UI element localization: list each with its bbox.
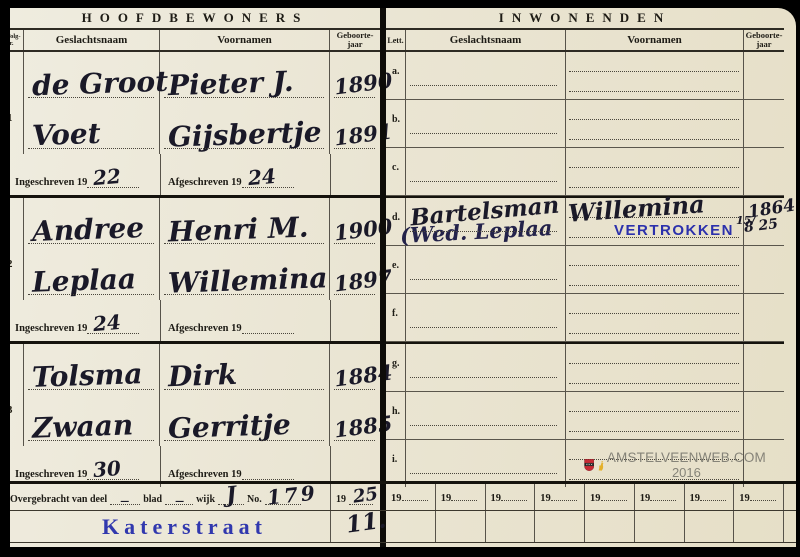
hoofdbewoners-header-row: Volg- nr. Geslachtsnaam Voornamen Geboor… bbox=[10, 30, 380, 52]
row-letter: b. bbox=[386, 100, 406, 147]
resident-surname: Leplaa bbox=[31, 262, 136, 299]
no-field: 179 bbox=[265, 494, 301, 505]
registration-strip: Ingeschreven 19 22 Afgeschreven 19 24 bbox=[10, 154, 380, 195]
amstelveen-shield-icon: ✕✕✕ bbox=[584, 450, 594, 480]
resident-surname: Andree bbox=[31, 211, 144, 248]
ingeschreven-label: Ingeschreven 19 bbox=[15, 469, 87, 480]
year-column-cell bbox=[585, 511, 635, 542]
resident-row: Voet Gijsbertje 1891 bbox=[10, 103, 380, 154]
footer-band: Overgebracht van deel — blad — wijk J No… bbox=[10, 484, 796, 510]
row-letter: h. bbox=[386, 392, 406, 439]
lodger-row-d: d. Bartelsman (Wed. Leplaa Willemina VER… bbox=[386, 196, 784, 246]
svg-text:✕✕✕: ✕✕✕ bbox=[586, 463, 594, 467]
lodger-row-f: f. bbox=[386, 294, 784, 342]
year-column-cell bbox=[635, 511, 685, 542]
ingeschreven-label: Ingeschreven 19 bbox=[15, 177, 87, 188]
hoofdbewoners-title: HOOFDBEWONERS bbox=[10, 8, 380, 30]
resident-firstnames: Gijsbertje bbox=[167, 115, 322, 153]
dotted-line bbox=[601, 490, 627, 501]
grid-line bbox=[330, 300, 331, 341]
year-column-cell bbox=[436, 511, 486, 542]
no-value: 179 bbox=[266, 480, 319, 509]
resident-row: Zwaan Gerritje 1885 bbox=[10, 395, 380, 446]
column-header-firstnames: Voornamen bbox=[566, 30, 744, 50]
departure-note: 8 25 bbox=[743, 216, 779, 236]
inwonenden-panel: INWONENDEN Lett. Geslachtsnaam Voornamen… bbox=[386, 8, 784, 483]
hoofdbewoners-panel: HOOFDBEWONERS Volg- nr. Geslachtsnaam Vo… bbox=[10, 8, 380, 483]
lion-icon bbox=[597, 451, 603, 479]
column-header-surname: Geslachtsnaam bbox=[406, 30, 566, 50]
transfer-label: Overgebracht van deel bbox=[10, 494, 107, 505]
year-column: 19 bbox=[535, 484, 585, 510]
no-label: No. bbox=[247, 494, 262, 505]
ingeschreven-year: 24 bbox=[92, 310, 122, 336]
column-header-birthyear: Geboorte- jaar bbox=[330, 30, 380, 50]
year-label: 19 bbox=[336, 494, 346, 505]
house-number: 11. bbox=[344, 506, 387, 538]
year-field: 25 bbox=[349, 494, 373, 505]
resident-block-3: 3 Tolsma Dirk 1884 Zwaan Gerritje 1885 bbox=[10, 341, 380, 487]
lodger-row-a: a. bbox=[386, 52, 784, 100]
resident-row: Tolsma Dirk 1884 bbox=[10, 344, 380, 395]
ingeschreven-year: 30 bbox=[92, 456, 122, 482]
ingeschreven-year: 22 bbox=[92, 164, 122, 190]
wijk-value: J bbox=[225, 482, 238, 509]
row-letter: f. bbox=[386, 294, 406, 341]
resident-block-2: 2 Andree Henri M. 1900 Leplaa Willemina … bbox=[10, 195, 380, 341]
row-letter: i. bbox=[386, 440, 406, 487]
row-letter: g. bbox=[386, 344, 406, 391]
registration-strip: Ingeschreven 19 24 Afgeschreven 19 bbox=[10, 300, 380, 341]
dotted-line bbox=[402, 490, 428, 501]
year-column: 19 bbox=[486, 484, 536, 510]
dotted-line bbox=[551, 490, 577, 501]
vertrokken-stamp: VERTROKKEN bbox=[614, 222, 734, 239]
resident-surname: Zwaan bbox=[31, 408, 133, 445]
resident-surname: Tolsma bbox=[31, 357, 143, 394]
afgeschreven-label: Afgeschreven 19 bbox=[168, 469, 242, 480]
scanned-register-page: { "left": { "title": "HOOFDBEWONERS", "h… bbox=[0, 0, 800, 557]
column-header-surname: Geslachtsnaam bbox=[24, 30, 160, 50]
dotted-line: 24 bbox=[242, 177, 294, 188]
blad-field: — bbox=[165, 494, 193, 505]
lodger-row-e: e. bbox=[386, 246, 784, 294]
watermark: ✕✕✕ AMSTELVEENWEB.COM 2016 bbox=[584, 445, 766, 485]
dotted-line: 30 bbox=[87, 469, 139, 480]
year-column-cell bbox=[734, 511, 784, 542]
wijk-label: wijk bbox=[196, 494, 215, 505]
column-header-volgnr: Volg- nr. bbox=[10, 30, 24, 50]
row-letter: a. bbox=[386, 52, 406, 99]
year-columns: 19 19 19 19 19 19 19 19 bbox=[386, 484, 784, 510]
dotted-line bbox=[501, 490, 527, 501]
resident-row: Andree Henri M. 1900 bbox=[10, 198, 380, 249]
resident-firstnames: Willemina bbox=[167, 261, 328, 300]
lodger-row-c: c. bbox=[386, 148, 784, 196]
inwonenden-header-row: Lett. Geslachtsnaam Voornamen Geboorte- … bbox=[386, 30, 784, 52]
row-letter: c. bbox=[386, 148, 406, 195]
year-column: 19 bbox=[635, 484, 685, 510]
column-header-firstnames: Voornamen bbox=[160, 30, 330, 50]
street-name-stamp: Katerstraat bbox=[102, 514, 267, 540]
column-header-lett: Lett. bbox=[386, 30, 406, 50]
dotted-line: 22 bbox=[87, 177, 139, 188]
grid-line bbox=[330, 484, 331, 510]
resident-firstnames: Gerritje bbox=[167, 408, 291, 445]
year-value: 25 bbox=[352, 483, 380, 507]
blad-label: blad bbox=[143, 494, 162, 505]
register-card: HOOFDBEWONERS Volg- nr. Geslachtsnaam Vo… bbox=[10, 8, 796, 547]
resident-firstnames: Pieter J. bbox=[167, 65, 294, 102]
lodger-row-h: h. bbox=[386, 392, 784, 440]
dotted-line bbox=[750, 490, 776, 501]
inwonenden-title: INWONENDEN bbox=[386, 8, 784, 30]
deel-field: — bbox=[110, 494, 140, 505]
afgeschreven-label: Afgeschreven 19 bbox=[168, 323, 242, 334]
resident-row: Leplaa Willemina 1897 bbox=[10, 249, 380, 300]
column-header-birthyear: Geboorte- jaar bbox=[744, 30, 784, 50]
transfer-line: Overgebracht van deel — blad — wijk J No… bbox=[10, 484, 380, 510]
wijk-field: J bbox=[218, 494, 244, 505]
watermark-year: 2016 bbox=[672, 465, 701, 480]
year-column-cell bbox=[486, 511, 536, 542]
year-column: 19 bbox=[585, 484, 635, 510]
year-column: 19 bbox=[436, 484, 486, 510]
resident-row: de Groot Pieter J. 1890 bbox=[10, 52, 380, 103]
grid-line bbox=[160, 300, 161, 341]
afgeschreven-label: Afgeschreven 19 bbox=[168, 177, 242, 188]
year-column: 19 bbox=[386, 484, 436, 510]
resident-surname: Voet bbox=[31, 117, 101, 152]
street-band: Katerstraat 11. bbox=[10, 510, 796, 543]
dotted-line: 24 bbox=[87, 323, 139, 334]
resident-surname: de Groot bbox=[31, 65, 168, 103]
dotted-line bbox=[451, 490, 477, 501]
year-column-cell bbox=[535, 511, 585, 542]
dotted-line bbox=[242, 323, 294, 334]
year-column-cell bbox=[386, 511, 436, 542]
lodger-row-b: b. bbox=[386, 100, 784, 148]
year-column: 19 bbox=[734, 484, 784, 510]
hoofdbewoners-body: 1 de Groot Pieter J. 1890 Voet Gijsbertj… bbox=[10, 52, 380, 487]
afgeschreven-year: 24 bbox=[247, 164, 277, 190]
grid-line bbox=[160, 154, 161, 195]
lodger-row-g: g. bbox=[386, 342, 784, 392]
resident-firstnames: Henri M. bbox=[167, 211, 309, 249]
resident-block-1: 1 de Groot Pieter J. 1890 Voet Gijsbertj… bbox=[10, 52, 380, 195]
watermark-site: AMSTELVEENWEB.COM bbox=[607, 450, 766, 465]
row-letter: e. bbox=[386, 246, 406, 293]
grid-line bbox=[330, 511, 331, 542]
year-column: 19 bbox=[685, 484, 735, 510]
dotted-line bbox=[700, 490, 726, 501]
year-column-cell bbox=[685, 511, 735, 542]
resident-firstnames: Dirk bbox=[167, 358, 237, 393]
grid-line bbox=[330, 154, 331, 195]
ingeschreven-label: Ingeschreven 19 bbox=[15, 323, 87, 334]
dotted-line bbox=[650, 490, 676, 501]
dotted-line bbox=[242, 469, 294, 480]
inwonenden-body: a. b. c. d. Bartelsman bbox=[386, 52, 784, 487]
